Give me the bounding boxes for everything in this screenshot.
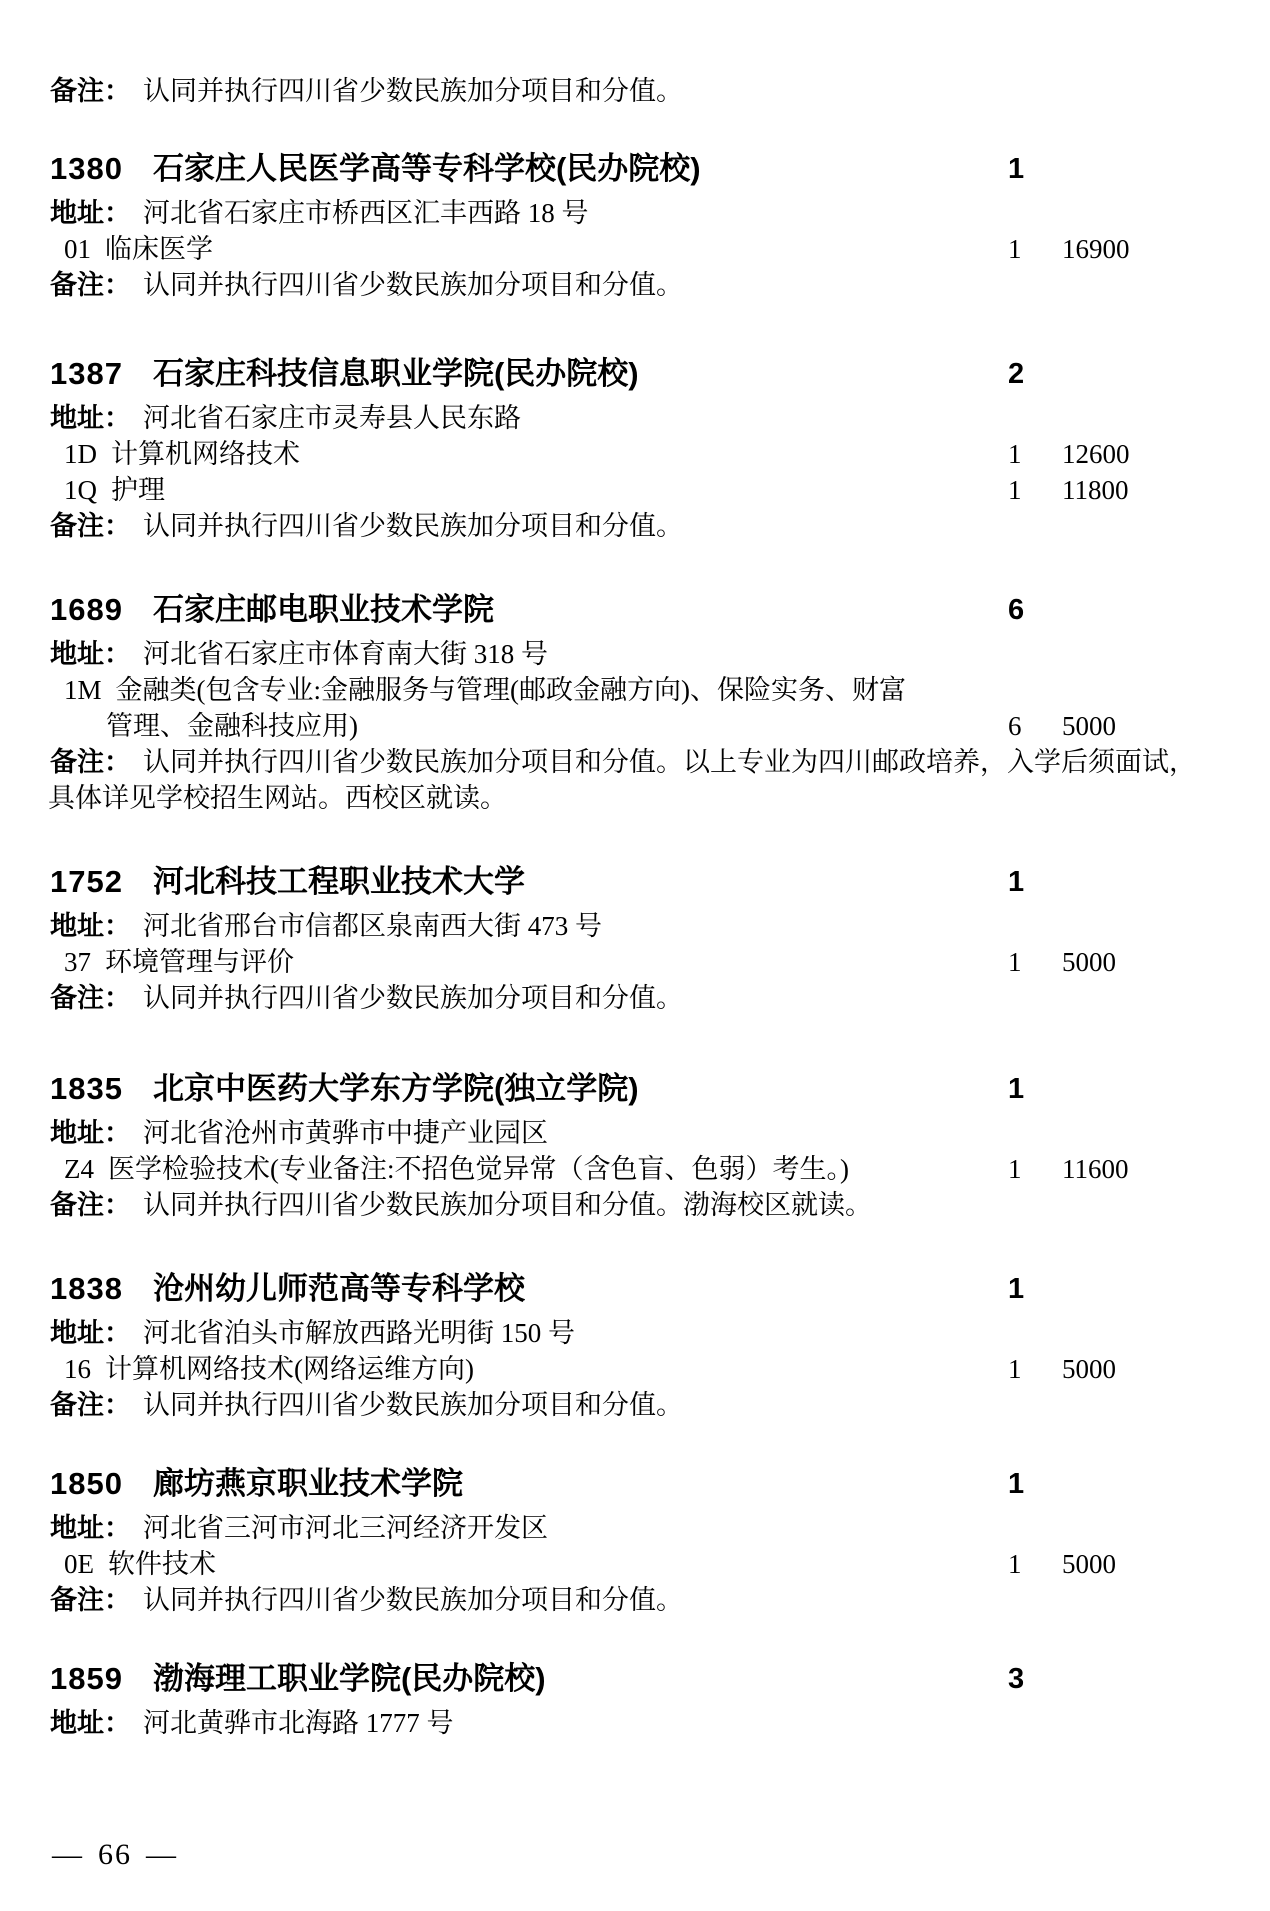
school-name: 沧州幼儿师范高等专科学校 <box>153 1271 525 1306</box>
major-name: 医学检验技术(专业备注:不招色觉异常（含色盲、色弱）考生。) <box>108 1154 849 1184</box>
major-name: 计算机网络技术 <box>111 439 300 469</box>
major-code: 16 <box>64 1354 91 1384</box>
school-code: 1387 <box>50 356 123 391</box>
major-code: 37 <box>64 947 91 977</box>
major-line: 0E软件技术15000 <box>0 1547 1270 1583</box>
address-label: 地址： <box>50 1318 131 1348</box>
plan-count: 3 <box>1008 1662 1024 1696</box>
major-code: 01 <box>64 234 91 264</box>
school-name: 北京中医药大学东方学院(独立学院) <box>153 1071 639 1106</box>
section-header: 1752河北科技工程职业技术大学1 <box>0 865 1270 901</box>
note-line: 备注：认同并执行四川省少数民族加分项目和分值。 <box>0 1583 1270 1619</box>
major-code: 1M <box>64 675 102 705</box>
address-line: 地址：河北省石家庄市体育南大街 318 号 <box>0 637 1270 673</box>
major-name: 护理 <box>111 475 165 505</box>
note-text: 认同并执行四川省少数民族加分项目和分值。渤海校区就读。 <box>143 1190 872 1220</box>
section-header: 1859渤海理工职业学院(民办院校)3 <box>0 1662 1270 1698</box>
address-line: 地址：河北省石家庄市灵寿县人民东路 <box>0 401 1270 437</box>
school-code: 1689 <box>50 592 123 627</box>
address-text: 河北黄骅市北海路 1777 号 <box>143 1708 454 1738</box>
school-name: 石家庄人民医学高等专科学校(民办院校) <box>153 151 701 186</box>
major-line: 01临床医学116900 <box>0 232 1270 268</box>
major-line: Z4医学检验技术(专业备注:不招色觉异常（含色盲、色弱）考生。)111600 <box>0 1152 1270 1188</box>
address-text: 河北省石家庄市灵寿县人民东路 <box>143 403 521 433</box>
note-line: 备注：认同并执行四川省少数民族加分项目和分值。 <box>0 509 1270 545</box>
note-label: 备注： <box>50 1390 131 1420</box>
major-line: 37环境管理与评价15000 <box>0 945 1270 981</box>
major-line: 1Q护理111800 <box>0 473 1270 509</box>
major-code: 1D <box>64 439 97 469</box>
section-header: 1835北京中医药大学东方学院(独立学院)1 <box>0 1072 1270 1108</box>
major-fee: 5000 <box>1062 709 1116 743</box>
major-count: 1 <box>1008 232 1022 266</box>
plan-count: 1 <box>1008 865 1024 899</box>
plan-count: 1 <box>1008 1272 1024 1306</box>
major-name: 环境管理与评价 <box>105 947 294 977</box>
major-code: 0E <box>64 1549 94 1579</box>
address-label: 地址： <box>50 403 131 433</box>
major-count: 1 <box>1008 1352 1022 1386</box>
school-code: 1752 <box>50 864 123 899</box>
note-text: 认同并执行四川省少数民族加分项目和分值。 <box>143 1585 683 1615</box>
address-line: 地址：河北省泊头市解放西路光明街 150 号 <box>0 1316 1270 1352</box>
section-header: 1387石家庄科技信息职业学院(民办院校)2 <box>0 357 1270 393</box>
address-label: 地址： <box>50 911 131 941</box>
major-line: 1D计算机网络技术112600 <box>0 437 1270 473</box>
note-text: 认同并执行四川省少数民族加分项目和分值。 <box>143 76 683 106</box>
major-fee: 12600 <box>1062 437 1130 471</box>
address-text: 河北省泊头市解放西路光明街 150 号 <box>143 1318 575 1348</box>
address-text: 河北省石家庄市桥西区汇丰西路 18 号 <box>143 198 589 228</box>
major-fee: 11800 <box>1062 473 1129 507</box>
address-text: 河北省石家庄市体育南大街 318 号 <box>143 639 548 669</box>
address-text: 河北省邢台市信都区泉南西大街 473 号 <box>143 911 602 941</box>
footer-dash-right: — <box>146 1838 178 1871</box>
section-header: 1838沧州幼儿师范高等专科学校1 <box>0 1272 1270 1308</box>
top-note: 备注：认同并执行四川省少数民族加分项目和分值。 <box>0 74 1270 110</box>
major-code: Z4 <box>64 1154 94 1184</box>
note-text: 具体详见学校招生网站。西校区就读。 <box>48 783 507 813</box>
note-label: 备注： <box>50 1585 131 1615</box>
note-label: 备注： <box>50 747 131 777</box>
major-count: 1 <box>1008 1152 1022 1186</box>
major-name: 临床医学 <box>105 234 213 264</box>
major-fee: 5000 <box>1062 945 1116 979</box>
note-label: 备注： <box>50 1190 131 1220</box>
major-name: 管理、金融科技应用) <box>106 711 358 741</box>
note-label: 备注： <box>50 511 131 541</box>
address-label: 地址： <box>50 639 131 669</box>
address-line: 地址：河北省沧州市黄骅市中捷产业园区 <box>0 1116 1270 1152</box>
major-count: 1 <box>1008 945 1022 979</box>
major-count: 1 <box>1008 473 1022 507</box>
plan-count: 2 <box>1008 357 1024 391</box>
note-label: 备注： <box>50 76 131 106</box>
school-code: 1850 <box>50 1466 123 1501</box>
school-code: 1380 <box>50 151 123 186</box>
page-footer: —66— <box>52 1838 192 1872</box>
major-code: 1Q <box>64 475 97 505</box>
address-line: 地址：河北黄骅市北海路 1777 号 <box>0 1706 1270 1742</box>
school-name: 石家庄科技信息职业学院(民办院校) <box>153 356 639 391</box>
note-label: 备注： <box>50 983 131 1013</box>
note-line: 备注：认同并执行四川省少数民族加分项目和分值。以上专业为四川邮政培养，入学后须面… <box>0 745 1270 781</box>
address-label: 地址： <box>50 198 131 228</box>
address-line: 地址：河北省石家庄市桥西区汇丰西路 18 号 <box>0 196 1270 232</box>
major-name: 金融类(包含专业:金融服务与管理(邮政金融方向)、保险实务、财富 <box>116 675 906 705</box>
school-code: 1838 <box>50 1271 123 1306</box>
major-fee: 11600 <box>1062 1152 1129 1186</box>
major-name: 计算机网络技术(网络运维方向) <box>105 1354 474 1384</box>
address-line: 地址：河北省三河市河北三河经济开发区 <box>0 1511 1270 1547</box>
plan-count: 1 <box>1008 1467 1024 1501</box>
major-count: 1 <box>1008 1547 1022 1581</box>
plan-count: 1 <box>1008 1072 1024 1106</box>
note-text: 认同并执行四川省少数民族加分项目和分值。 <box>143 511 683 541</box>
major-fee: 5000 <box>1062 1547 1116 1581</box>
school-name: 廊坊燕京职业技术学院 <box>153 1466 463 1501</box>
note-line: 备注：认同并执行四川省少数民族加分项目和分值。 <box>0 268 1270 304</box>
address-label: 地址： <box>50 1118 131 1148</box>
note-label: 备注： <box>50 270 131 300</box>
note-text: 认同并执行四川省少数民族加分项目和分值。 <box>143 1390 683 1420</box>
note-text: 认同并执行四川省少数民族加分项目和分值。以上专业为四川邮政培养，入学后须面试， <box>143 747 1196 777</box>
section-header: 1850廊坊燕京职业技术学院1 <box>0 1467 1270 1503</box>
major-fee: 16900 <box>1062 232 1130 266</box>
address-text: 河北省三河市河北三河经济开发区 <box>143 1513 548 1543</box>
note-text: 认同并执行四川省少数民族加分项目和分值。 <box>143 983 683 1013</box>
major-fee: 5000 <box>1062 1352 1116 1386</box>
address-label: 地址： <box>50 1708 131 1738</box>
school-name: 河北科技工程职业技术大学 <box>153 864 525 899</box>
major-count: 1 <box>1008 437 1022 471</box>
note-line: 备注：认同并执行四川省少数民族加分项目和分值。渤海校区就读。 <box>0 1188 1270 1224</box>
plan-count: 1 <box>1008 152 1024 186</box>
address-line: 地址：河北省邢台市信都区泉南西大街 473 号 <box>0 909 1270 945</box>
major-line: 管理、金融科技应用)65000 <box>0 709 1270 745</box>
major-line: 16计算机网络技术(网络运维方向)15000 <box>0 1352 1270 1388</box>
note-line: 备注：认同并执行四川省少数民族加分项目和分值。 <box>0 1388 1270 1424</box>
footer-dash-left: — <box>52 1838 84 1871</box>
major-line: 1M金融类(包含专业:金融服务与管理(邮政金融方向)、保险实务、财富 <box>0 673 1270 709</box>
note-line: 备注：认同并执行四川省少数民族加分项目和分值。 <box>0 981 1270 1017</box>
section-header: 1689石家庄邮电职业技术学院6 <box>0 593 1270 629</box>
school-code: 1859 <box>50 1661 123 1696</box>
page-number: 66 <box>98 1838 132 1871</box>
school-name: 石家庄邮电职业技术学院 <box>153 592 494 627</box>
major-name: 软件技术 <box>108 1549 216 1579</box>
plan-count: 6 <box>1008 593 1024 627</box>
school-code: 1835 <box>50 1071 123 1106</box>
school-name: 渤海理工职业学院(民办院校) <box>153 1661 546 1696</box>
document-page: 备注：认同并执行四川省少数民族加分项目和分值。 1380石家庄人民医学高等专科学… <box>0 0 1270 1911</box>
address-text: 河北省沧州市黄骅市中捷产业园区 <box>143 1118 548 1148</box>
address-label: 地址： <box>50 1513 131 1543</box>
major-count: 6 <box>1008 709 1022 743</box>
note-text: 认同并执行四川省少数民族加分项目和分值。 <box>143 270 683 300</box>
section-header: 1380石家庄人民医学高等专科学校(民办院校)1 <box>0 152 1270 188</box>
note-line: 具体详见学校招生网站。西校区就读。 <box>0 781 1270 817</box>
